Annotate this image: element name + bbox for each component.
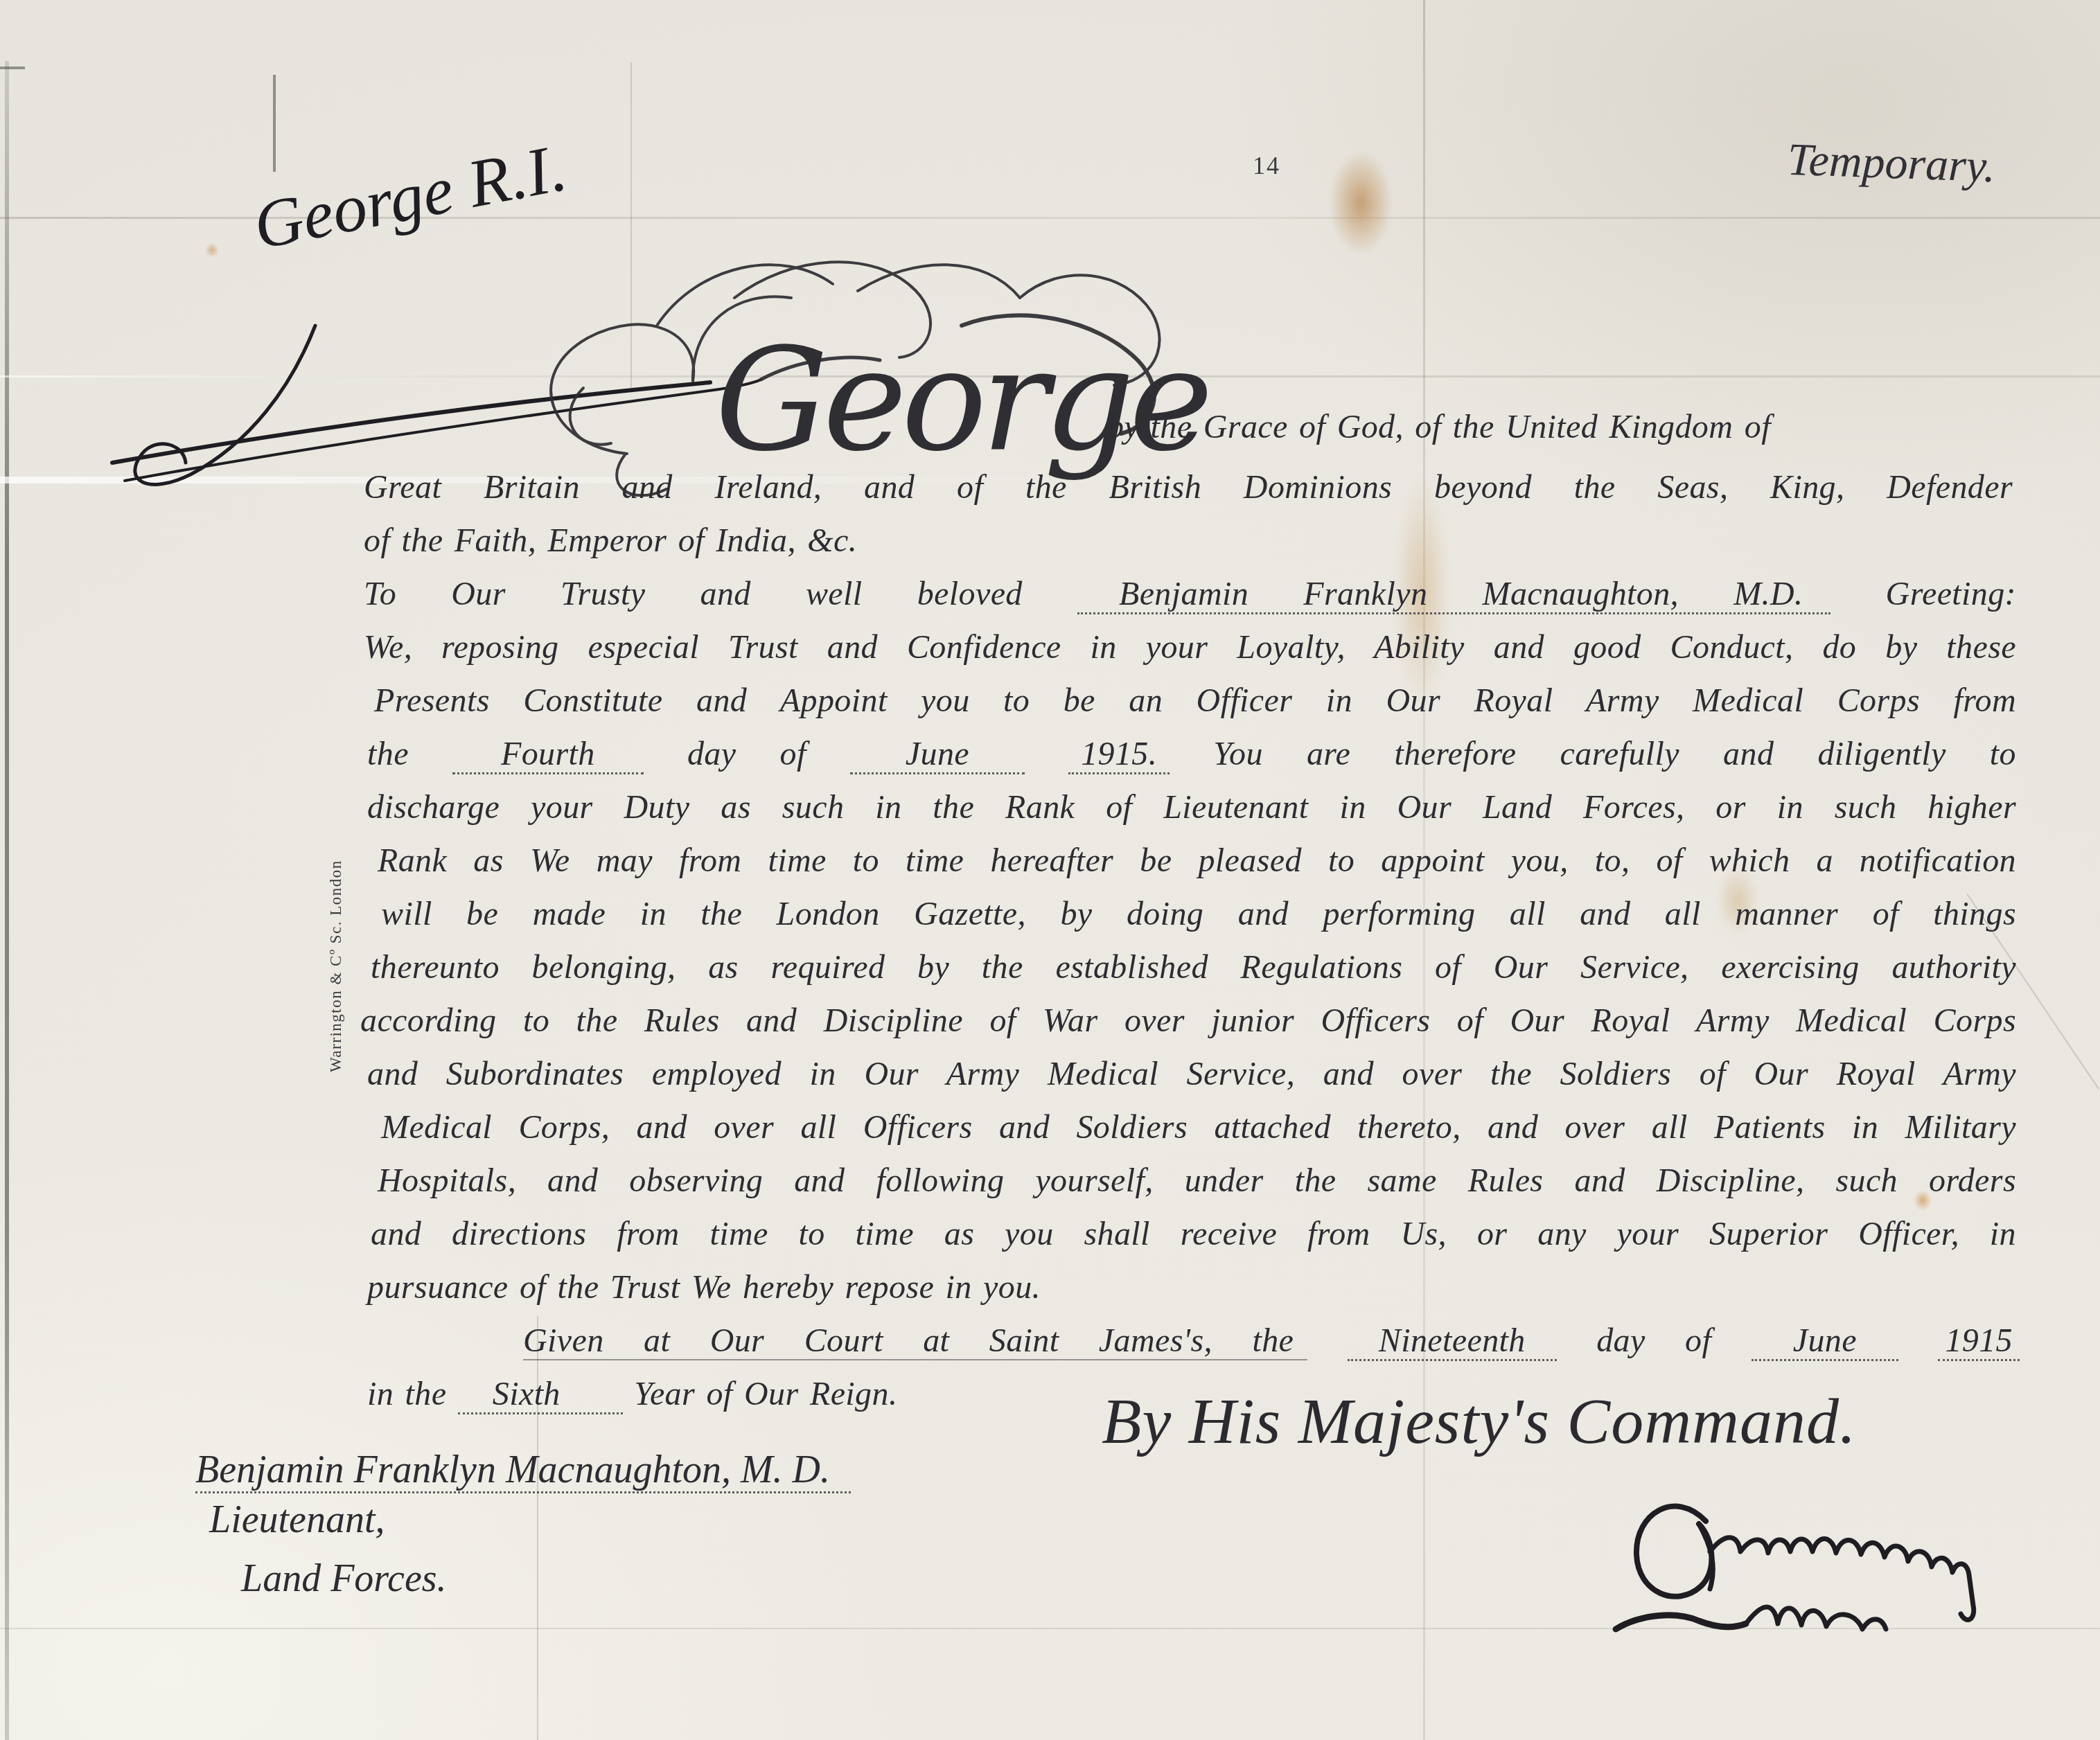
certificate-page: 14 Temporary. George R.I. George Warring… xyxy=(0,0,2100,1740)
command-signature xyxy=(0,0,2100,1740)
